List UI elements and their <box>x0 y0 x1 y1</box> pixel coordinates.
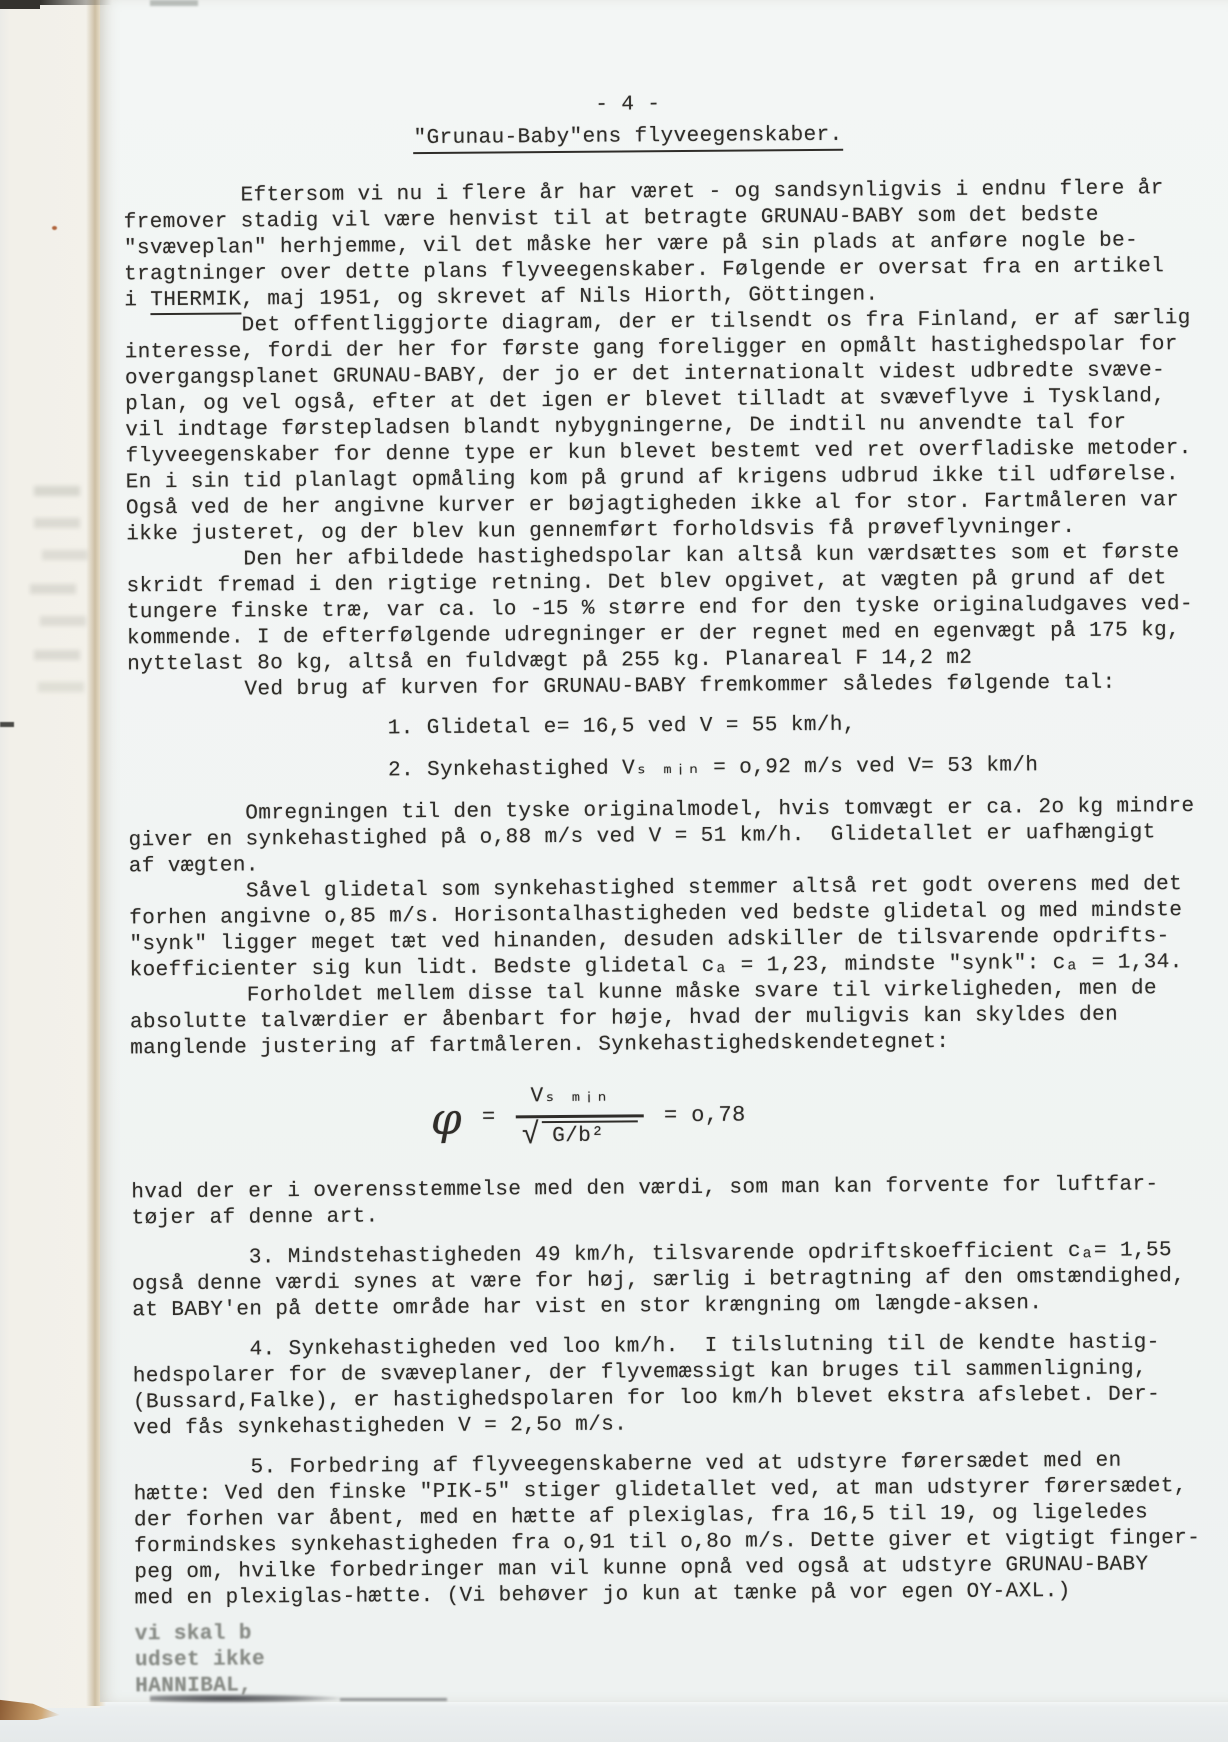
sqrt-icon: √ <box>522 1121 541 1151</box>
paragraph: hvad der er i overensstemmelse med den v… <box>131 1172 1228 1233</box>
document-page: - 4 -"Grunau-Baby"ens flyveegenskaber. E… <box>100 0 1228 1702</box>
fraction-denominator: √ G/b² <box>516 1114 645 1151</box>
paragraph: 2. Synkehastighed Vₛ ₘᵢₙ = o,92 m/s ved … <box>128 752 1228 787</box>
paragraph: 4. Synkehastigheden ved loo km/h. I tils… <box>132 1330 1228 1443</box>
paragraph: 3. Mindstehastigheden 49 km/h, tilsvaren… <box>132 1238 1228 1325</box>
underlined-text: THERMIK <box>150 288 241 315</box>
paragraph: Det offentliggjorte diagram, der er tils… <box>124 306 1228 549</box>
paragraph: 1. Glidetal e= 16,5 ved V = 55 km/h, <box>128 710 1228 745</box>
binding-shadow-mark <box>0 0 40 9</box>
text-line: 2. Synkehastighed Vₛ ₘᵢₙ = o,92 m/s ved … <box>128 752 1228 787</box>
paragraph: Eftersom vi nu i flere år har været - og… <box>123 176 1226 315</box>
ink-smudge <box>150 1694 340 1703</box>
binding-shadow-mark <box>40 0 112 5</box>
page-content: - 4 -"Grunau-Baby"ens flyveegenskaber. E… <box>122 0 1228 1700</box>
previous-page-edge <box>0 0 100 1708</box>
page-number: - 4 - <box>123 88 1133 122</box>
formula-result: = o,78 <box>664 1103 746 1130</box>
paragraph: Såvel glidetal som synkehastighed stemme… <box>129 872 1228 985</box>
paragraph: Forholdet mellem disse tal kunne måske s… <box>130 976 1228 1063</box>
fraction-numerator: Vₛ ₘᵢₙ <box>516 1083 642 1115</box>
radicand: G/b² <box>542 1120 638 1150</box>
rust-speck <box>52 226 57 230</box>
scanner-background <box>0 1700 1228 1742</box>
paragraph: Omregningen til den tyske originalmodel,… <box>128 794 1228 881</box>
bleed-through-smudges <box>34 486 80 496</box>
page-title-text: "Grunau-Baby"ens flyveegenskaber. <box>413 124 842 154</box>
fraction: Vₛ ₘᵢₙ √ G/b² <box>515 1083 644 1151</box>
page-title: "Grunau-Baby"ens flyveegenskaber. <box>123 120 1133 154</box>
equals-sign: = <box>482 1104 496 1130</box>
text-line: 1. Glidetal e= 16,5 ved V = 55 km/h, <box>128 710 1228 745</box>
scan-smudge <box>150 0 198 6</box>
scan-smudge <box>0 722 14 727</box>
phi-symbol: φ <box>431 1098 463 1142</box>
formula-sink-speed-figure: φ = Vₛ ₘᵢₙ √ G/b² = o,78 <box>430 1070 1228 1160</box>
paragraph: Den her afbildede hastighedspolar kan al… <box>126 540 1228 679</box>
paragraph: 5. Forbedring af flyveegenskaberne ved a… <box>133 1448 1228 1613</box>
bleed-through-text: vi skal budset ikkeHANNIBAL, <box>135 1614 1228 1701</box>
